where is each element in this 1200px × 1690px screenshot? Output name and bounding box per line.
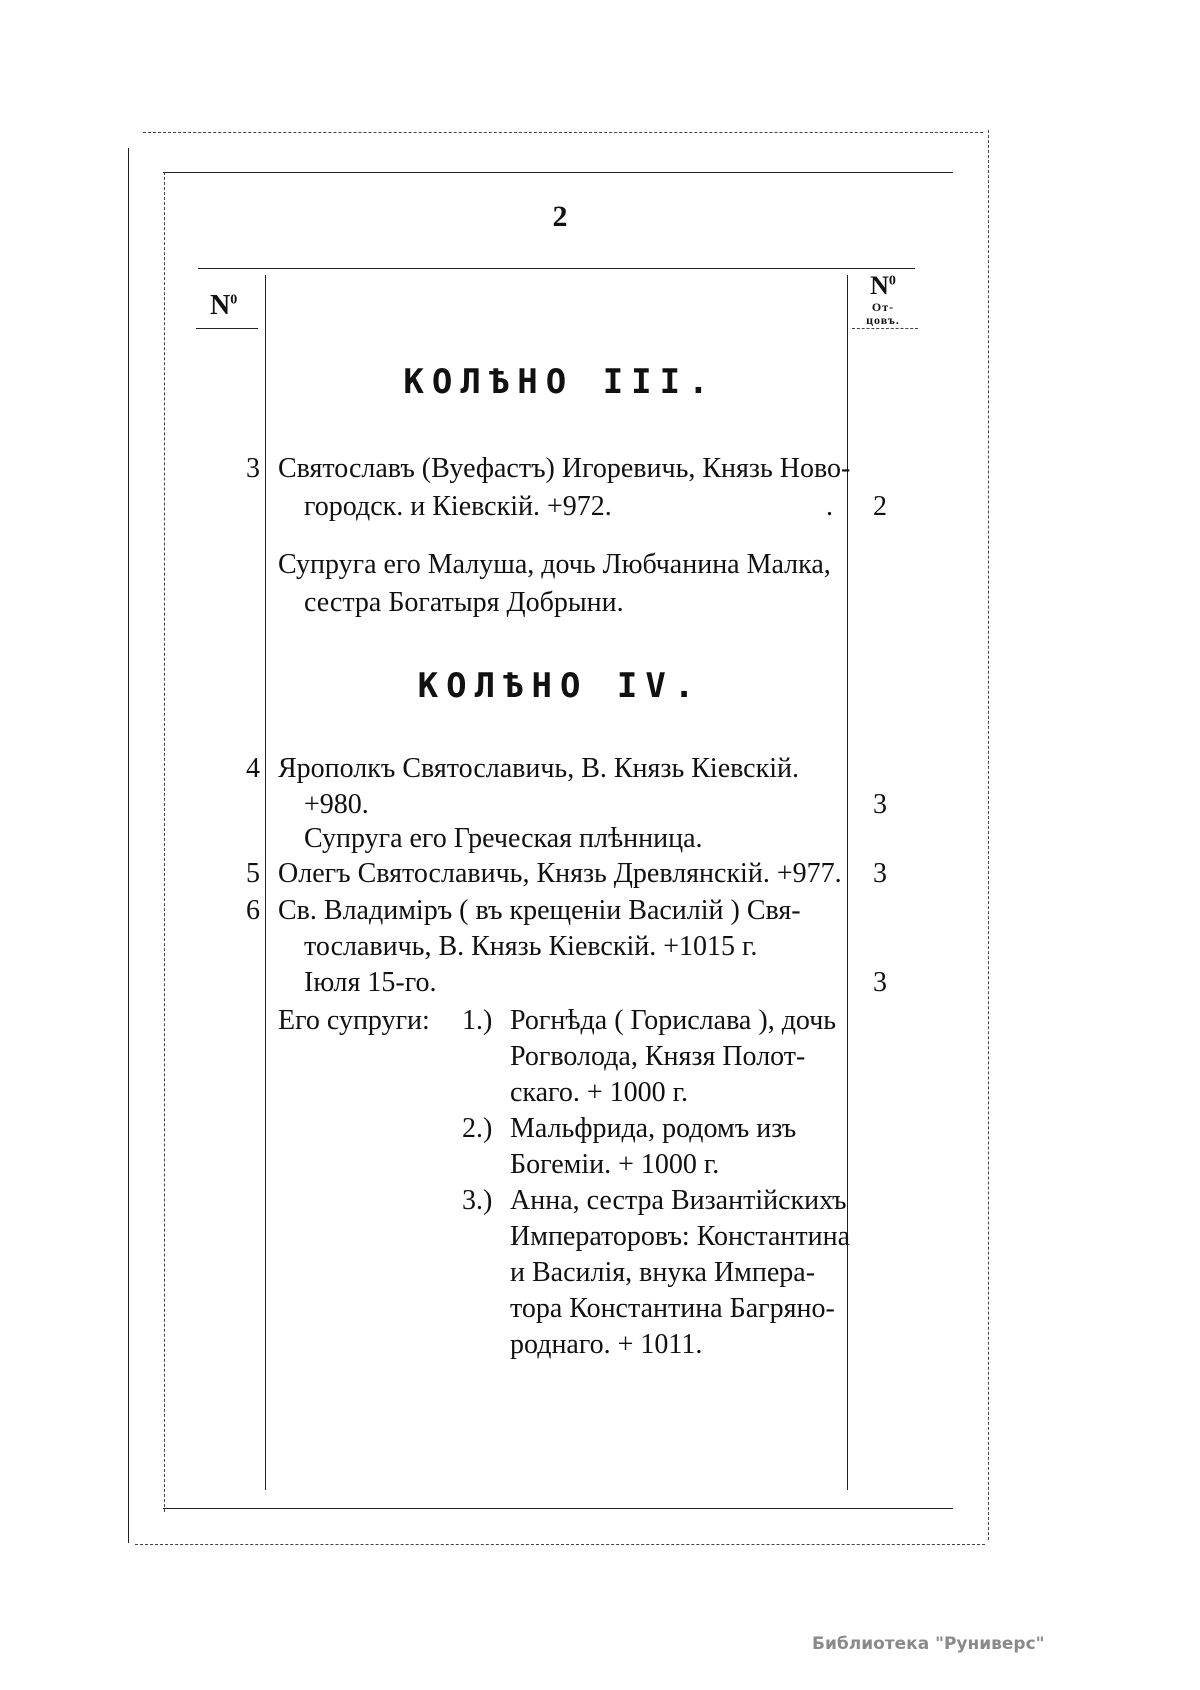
spouse-text: тора Константина Багряно-: [510, 1290, 835, 1328]
spouse-text: Анна, сестра Византійскихъ: [510, 1182, 847, 1220]
outer-top-rule: [143, 132, 983, 133]
left-header-underline: [196, 328, 258, 329]
spouse-text: роднаго. + 1011.: [510, 1326, 702, 1364]
entry-number: 5: [220, 855, 260, 893]
spouse-text: Императоровъ: Константина: [510, 1218, 850, 1256]
entry-text: Олегъ Святославичь, Князь Древлянскій. +…: [278, 855, 842, 893]
inner-left-rule: [164, 172, 165, 1512]
spouses-label: Его супруги:: [278, 1002, 430, 1040]
right-header-underline: [852, 328, 918, 329]
spouse-text: Рогволода, Князя Полот-: [510, 1038, 805, 1076]
page-number: 2: [520, 200, 600, 234]
leader-dot: .: [826, 488, 833, 526]
inner-top-rule: [163, 172, 953, 173]
spouse-text: скаго. + 1000 г.: [510, 1074, 688, 1112]
entry-number: 4: [220, 750, 260, 788]
outer-right-rule: [988, 130, 989, 1540]
spouse-number: 3.): [462, 1182, 492, 1220]
library-watermark: Библиотека "Руниверс": [812, 1634, 1045, 1654]
entry-text: Св. Владиміръ ( въ крещеніи Василій ) Св…: [278, 892, 801, 930]
spouse-text: Мальфрида, родомъ изъ: [510, 1110, 796, 1148]
inner-bottom-rule: [163, 1508, 953, 1509]
entry-text: Святославъ (Вуефастъ) Игоревичь, Князь Н…: [278, 450, 838, 488]
entry-text: городск. и Кіевскій. +972.: [304, 488, 612, 526]
section-heading-koleno-4: КОЛѢНО IV.: [260, 666, 860, 706]
outer-bottom-rule: [135, 1544, 985, 1545]
entry-number: 3: [220, 450, 260, 488]
left-number-header: N0: [210, 290, 237, 322]
father-number: 3: [850, 786, 910, 824]
spouse-text: Рогнѣда ( Горислава ), дочь: [510, 1002, 836, 1040]
left-column-separator: [265, 275, 266, 1490]
right-father-number-header: N0 От- цовъ.: [848, 272, 918, 327]
father-number: 3: [850, 855, 910, 893]
entry-text: Іюля 15-го.: [304, 964, 437, 1002]
entry-number: 6: [220, 892, 260, 930]
header-rule: [198, 268, 915, 269]
entry-text: Ярополкъ Святославичь, В. Князь Кіевскій…: [278, 750, 799, 788]
outer-left-rule: [128, 148, 129, 1543]
spouse-text: Супруга его Малуша, дочь Любчанина Малка…: [278, 546, 831, 584]
father-number: 2: [850, 488, 910, 526]
section-heading-koleno-3: КОЛѢНО III.: [260, 362, 860, 402]
spouse-text: Богеміи. + 1000 г.: [510, 1146, 719, 1184]
spouse-text: и Василія, внука Импера-: [510, 1254, 815, 1292]
spouse-number: 1.): [462, 1002, 492, 1040]
spouse-text: сестра Богатыря Добрыни.: [304, 584, 624, 622]
entry-text: тославичь, В. Князь Кіевскій. +1015 г.: [304, 928, 757, 966]
spouse-text: Супруга его Греческая плѣнница.: [304, 820, 703, 858]
entry-text: +980.: [304, 786, 369, 824]
father-number: 3: [850, 964, 910, 1002]
spouse-number: 2.): [462, 1110, 492, 1148]
